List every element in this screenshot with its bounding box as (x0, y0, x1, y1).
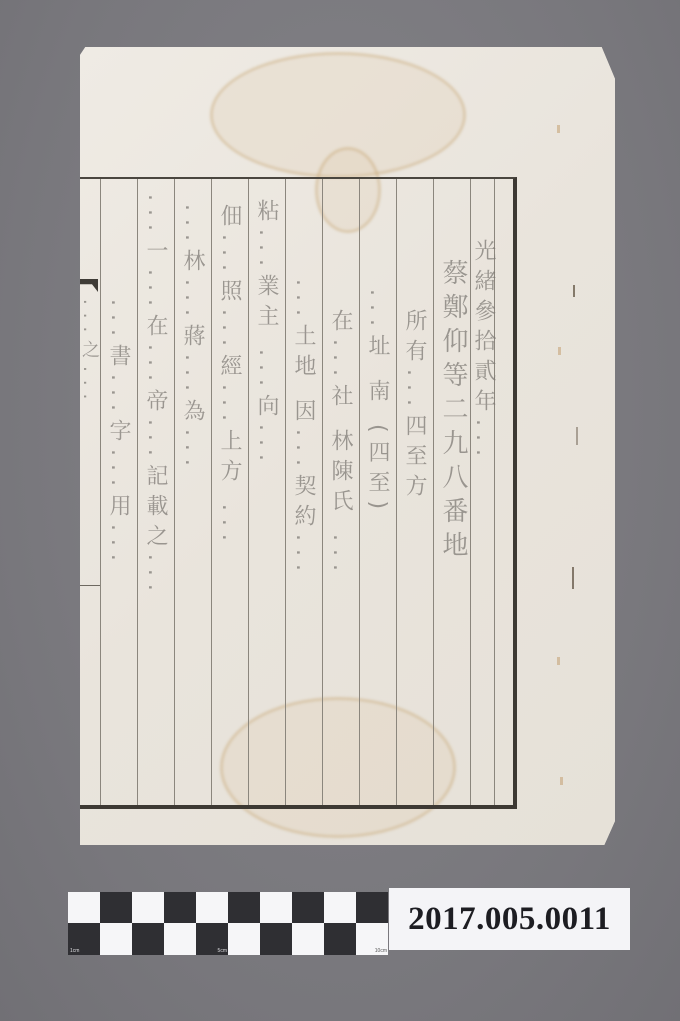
scale-label-5cm: 5cm (218, 948, 227, 954)
scale-cell (196, 892, 228, 923)
column-rule (100, 179, 101, 805)
column-rule (396, 179, 397, 805)
handwritten-column: ...一...在...帝...記載之... (144, 194, 166, 754)
margin-tick (572, 567, 574, 589)
accession-label: 2017.005.0011 (389, 888, 630, 950)
margin-stain (558, 347, 561, 355)
column-rule (137, 179, 138, 805)
inner-border-bottom (80, 585, 100, 586)
scale-cell (68, 892, 100, 923)
scale-cell (324, 892, 356, 923)
scale-cell (132, 923, 164, 955)
handwritten-column: 粘...業主 ...向... (255, 199, 277, 759)
handwritten-column: ...之... (80, 299, 98, 499)
column-rule (285, 179, 286, 805)
scale-cell (260, 892, 292, 923)
margin-stain (557, 125, 560, 133)
ruled-frame: 光緒參拾貳年... 蔡鄭仰等二九八番地 所有...四至方 ...址 南 (四至)… (80, 177, 517, 809)
handwritten-column: 光緒參拾貳年... (472, 239, 494, 759)
scale-label-1cm: 1cm (70, 948, 79, 954)
scale-cell (260, 923, 292, 955)
column-rule (248, 179, 249, 805)
scale-cell (100, 923, 132, 955)
scale-cell: 10cm (356, 923, 388, 955)
handwritten-column: 在...社 林陳氏 ... (329, 309, 351, 749)
scale-cell (132, 892, 164, 923)
column-rule (433, 179, 434, 805)
margin-stain (560, 777, 563, 785)
scale-bar: 1cm 5cm 10cm (68, 892, 388, 955)
margin-tick (573, 285, 575, 297)
handwritten-column: ...書...字...用... (107, 299, 129, 779)
margin-tick (576, 427, 578, 445)
handwritten-column: 佃...照...經...上方 ... (218, 204, 240, 764)
scale-cell (228, 923, 260, 955)
scale-cell: 1cm (68, 923, 100, 955)
document-paper: 光緒參拾貳年... 蔡鄭仰等二九八番地 所有...四至方 ...址 南 (四至)… (80, 47, 615, 845)
scale-cell (100, 892, 132, 923)
scale-cell (164, 923, 196, 955)
handwritten-column: ...址 南 (四至) (366, 289, 388, 709)
scale-label-10cm: 10cm (375, 948, 387, 954)
scale-cell: 5cm (196, 923, 228, 955)
column-rule (211, 179, 212, 805)
handwritten-column: 所有...四至方 (403, 309, 425, 729)
handwritten-column: 蔡鄭仰等二九八番地 (440, 259, 466, 779)
column-rule (359, 179, 360, 805)
accession-number: 2017.005.0011 (408, 901, 611, 938)
scale-cell (324, 923, 356, 955)
column-rule (174, 179, 175, 805)
scale-cell (292, 923, 324, 955)
column-rule (322, 179, 323, 805)
margin-stain (557, 657, 560, 665)
handwritten-column: ...土地 因...契約... (292, 279, 314, 799)
handwritten-column: ...林...蔣...為... (181, 204, 203, 724)
scale-cell (292, 892, 324, 923)
frame-notch (78, 279, 98, 292)
scale-cell (228, 892, 260, 923)
scale-cell (164, 892, 196, 923)
scale-cell (356, 892, 388, 923)
